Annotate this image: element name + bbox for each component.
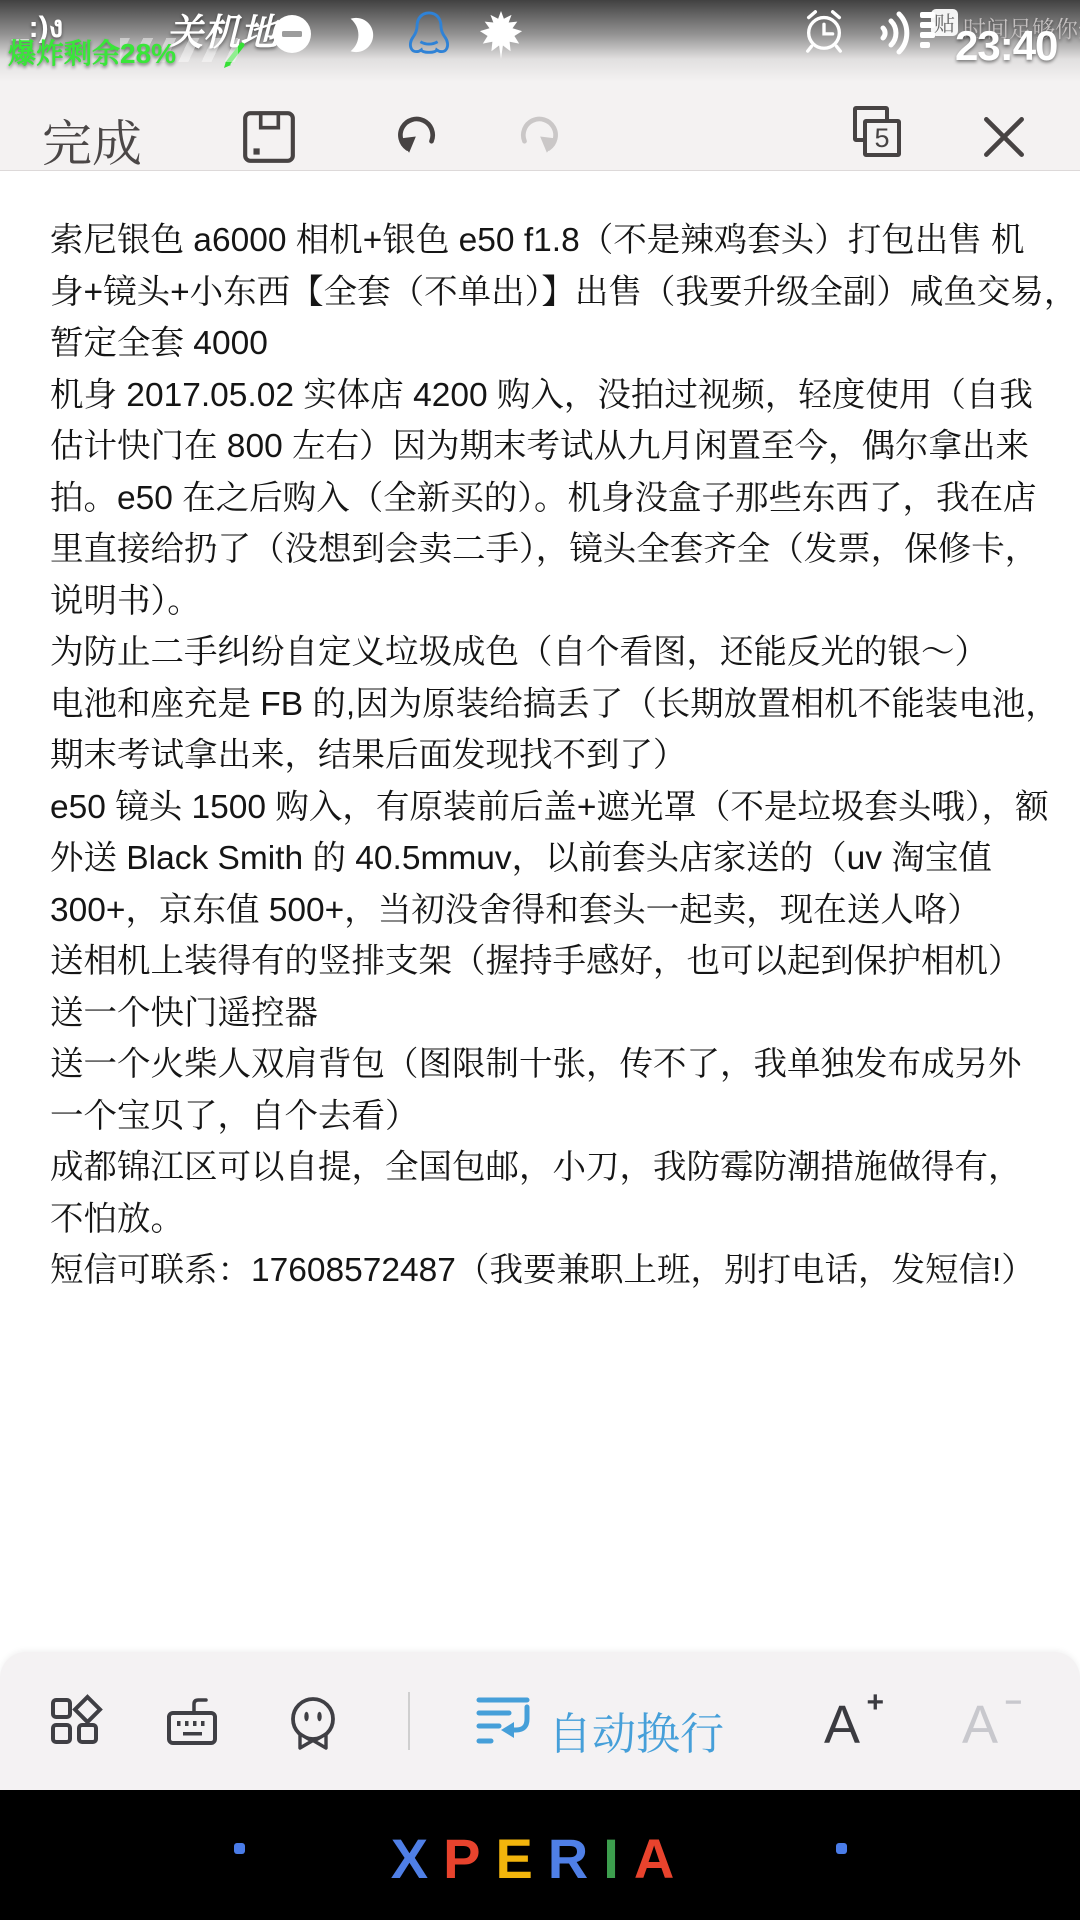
nav-dot-right[interactable] bbox=[836, 1843, 847, 1854]
navigation-bar: XPERIA bbox=[0, 1790, 1080, 1920]
text-line: 一个宝贝了，自个去看） bbox=[50, 1091, 1080, 1143]
text-line: 短信可联系：17608572487（我要兼职上班，别打电话，发短信!） bbox=[50, 1245, 1080, 1297]
brand-letter: X bbox=[391, 1827, 443, 1890]
close-button[interactable] bbox=[977, 110, 1031, 169]
brand-letter: A bbox=[634, 1827, 689, 1890]
text-line: 机身 2017.05.02 实体店 4200 购入，没拍过视频，轻度使用（自我 bbox=[50, 370, 1080, 422]
qq-icon bbox=[406, 10, 452, 65]
do-not-disturb-icon bbox=[272, 14, 312, 59]
document-text[interactable]: 索尼银色 a6000 相机+银色 e50 f1.8（不是辣鸡套头）打包出售 机身… bbox=[0, 171, 1080, 1297]
word-wrap-button[interactable] bbox=[474, 1693, 532, 1754]
text-line: e50 镜头 1500 购入，有原装前后盖+遮光罩（不是垃圾套头哦），额 bbox=[50, 782, 1080, 834]
status-bar: _:)ง 关机地 爆炸剩余28% 贴 时间足够你爱TM 23:40 bbox=[0, 0, 1080, 82]
sticky-note-badge: 贴 bbox=[931, 9, 958, 36]
word-wrap-label[interactable]: 自动换行 bbox=[548, 1698, 724, 1762]
undo-button[interactable] bbox=[394, 110, 444, 165]
text-line: 成都锦江区可以自提，全国包邮，小刀，我防霉防潮措施做得有， bbox=[50, 1142, 1080, 1194]
widgets-button[interactable] bbox=[47, 1693, 103, 1754]
undo-icon bbox=[394, 147, 444, 164]
widgets-icon bbox=[47, 1736, 103, 1753]
toolbar-divider bbox=[408, 1692, 410, 1750]
text-line: 索尼银色 a6000 相机+银色 e50 f1.8（不是辣鸡套头）打包出售 机 bbox=[50, 215, 1080, 267]
minus-icon: − bbox=[1005, 1686, 1023, 1720]
plus-icon: + bbox=[867, 1686, 885, 1720]
text-line: 拍。e50 在之后购入（全新买的）。机身没盒子那些东西了，我在店 bbox=[50, 473, 1080, 525]
font-increase-letter: A bbox=[824, 1695, 860, 1755]
emoji-icon bbox=[285, 1740, 341, 1757]
text-line: 电池和座充是 FB 的,因为原装给搞丢了（长期放置相机不能装电池， bbox=[50, 679, 1080, 731]
text-line: 估计快门在 800 左右）因为期末考试从九月闲置至今，偶尔拿出来 bbox=[50, 421, 1080, 473]
clock-text: 23:40 bbox=[955, 22, 1057, 70]
save-icon bbox=[240, 153, 298, 170]
brand-letter: I bbox=[603, 1827, 634, 1890]
pages-button[interactable]: 5 bbox=[846, 106, 904, 164]
keyboard-button[interactable] bbox=[164, 1693, 224, 1754]
screen: 完成 5 _:)ง 关机地 bbox=[0, 0, 1080, 1920]
text-line: 说明书）。 bbox=[50, 576, 1080, 628]
xperia-logo: XPERIA bbox=[0, 1826, 1080, 1891]
font-decrease-button[interactable]: A− bbox=[962, 1694, 998, 1756]
document-area[interactable]: 索尼银色 a6000 相机+银色 e50 f1.8（不是辣鸡套头）打包出售 机身… bbox=[0, 171, 1080, 1652]
text-line: 期末考试拿出来，结果后面发现找不到了） bbox=[50, 730, 1080, 782]
text-line: 不怕放。 bbox=[50, 1194, 1080, 1246]
word-wrap-icon bbox=[474, 1736, 532, 1753]
done-button[interactable]: 完成 bbox=[42, 104, 142, 176]
wifi-icon bbox=[872, 6, 938, 65]
alarm-icon bbox=[801, 8, 847, 59]
text-line: 送一个火柴人双肩背包（图限制十张，传不了，我单独发布成另外 bbox=[50, 1039, 1080, 1091]
keyboard-icon bbox=[164, 1736, 224, 1753]
text-line: 身+镜头+小东西【全套（不单出）】出售（我要升级全副）咸鱼交易， bbox=[50, 267, 1080, 319]
pages-count: 5 bbox=[863, 119, 901, 157]
save-button[interactable] bbox=[240, 108, 298, 171]
brand-letter: R bbox=[548, 1827, 603, 1890]
brand-letter: E bbox=[495, 1827, 547, 1890]
maple-leaf-icon bbox=[478, 10, 524, 65]
moon-icon bbox=[338, 16, 374, 59]
emoji-button[interactable] bbox=[285, 1693, 341, 1758]
battery-text: 爆炸剩余28% bbox=[8, 32, 176, 72]
brand-letter: P bbox=[443, 1827, 495, 1890]
bottom-toolbar: 自动换行 A+ A− bbox=[0, 1652, 1080, 1790]
close-icon bbox=[977, 151, 1031, 168]
text-line: 为防止二手纠纷自定义垃圾成色（自个看图，还能反光的银～） bbox=[50, 627, 1080, 679]
text-line: 300+，京东值 500+，当初没舍得和套头一起卖，现在送人咯） bbox=[50, 885, 1080, 937]
redo-icon bbox=[512, 147, 562, 164]
text-line: 暂定全套 4000 bbox=[50, 318, 1080, 370]
font-increase-button[interactable]: A+ bbox=[824, 1694, 860, 1756]
text-line: 送一个快门遥控器 bbox=[50, 988, 1080, 1040]
font-decrease-letter: A bbox=[962, 1695, 998, 1755]
text-line: 里直接给扔了（没想到会卖二手），镜头全套齐全（发票，保修卡， bbox=[50, 524, 1080, 576]
text-line: 送相机上装得有的竖排支架（握持手感好，也可以起到保护相机） bbox=[50, 936, 1080, 988]
text-line: 外送 Black Smith 的 40.5mmuv，以前套头店家送的（uv 淘宝… bbox=[50, 833, 1080, 885]
redo-button[interactable] bbox=[512, 110, 562, 165]
